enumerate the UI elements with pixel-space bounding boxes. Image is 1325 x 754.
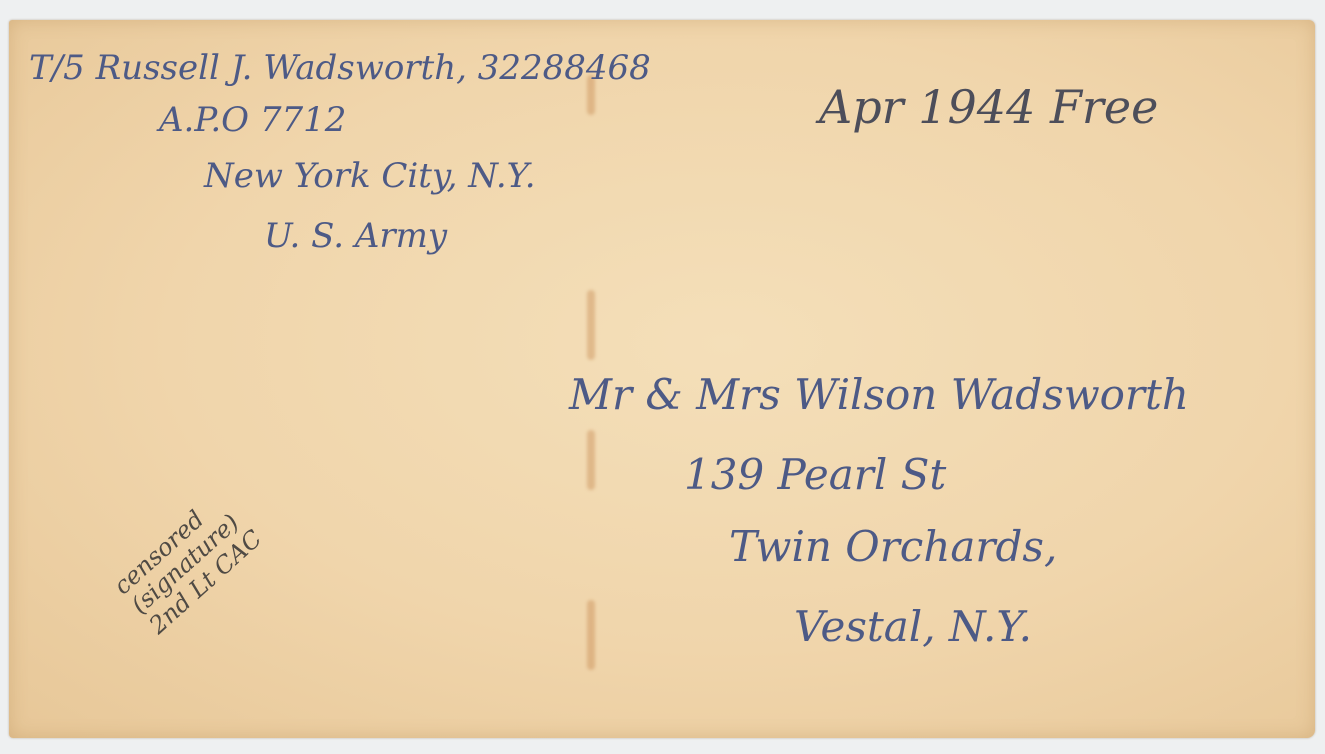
recipient-line: Mr & Mrs Wilson Wadsworth	[569, 370, 1189, 419]
sender-line: U. S. Army	[264, 216, 447, 257]
envelope: T/5 Russell J. Wadsworth, 32288468 A.P.O…	[9, 20, 1315, 738]
recipient-line: 139 Pearl St	[684, 450, 946, 499]
sender-line: New York City, N.Y.	[204, 156, 536, 197]
date-note: Apr 1944 Free	[819, 80, 1158, 134]
recipient-line: Twin Orchards,	[729, 522, 1057, 571]
stain	[587, 290, 595, 360]
stain	[587, 600, 595, 670]
sender-line: A.P.O 7712	[159, 100, 346, 141]
censor-mark: censored (signature) 2nd Lt CAC	[109, 486, 267, 639]
sender-line: T/5 Russell J. Wadsworth, 32288468	[29, 48, 651, 89]
stain	[587, 430, 595, 490]
recipient-line: Vestal, N.Y.	[794, 602, 1032, 651]
